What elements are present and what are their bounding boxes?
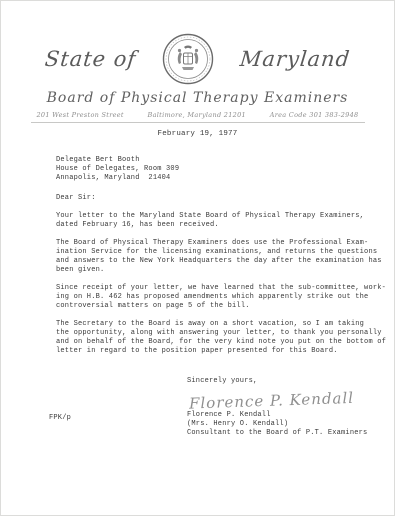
- signer-title: Consultant to the Board of P.T. Examiner…: [187, 429, 394, 438]
- handwritten-signature: Florence P. Kendall: [189, 387, 395, 412]
- letterhead: State of Maryland Boa: [1, 1, 394, 123]
- letterhead-rule: [31, 122, 365, 123]
- address-phone: Area Code 301 383-2948: [270, 111, 359, 119]
- salutation: Dear Sir:: [56, 194, 394, 203]
- maryland-state-seal-icon: [162, 33, 214, 85]
- valediction: Sincerely yours,: [187, 377, 394, 386]
- letterhead-title-row: State of Maryland: [1, 31, 394, 87]
- board-title: Board of Physical Therapy Examiners: [1, 90, 394, 106]
- recipient-address-block: Delegate Bert Booth House of Delegates, …: [56, 156, 394, 183]
- body-paragraph-4: The Secretary to the Board is away on a …: [56, 320, 356, 356]
- body-paragraph-2: The Board of Physical Therapy Examiners …: [56, 239, 356, 275]
- recipient-street-line: House of Delegates, Room 309: [56, 165, 394, 174]
- body-paragraph-3: Since receipt of your letter, we have le…: [56, 284, 356, 311]
- recipient-city-line: Annapolis, Maryland 21404: [56, 174, 394, 183]
- maryland-text: Maryland: [239, 47, 352, 71]
- body-paragraph-1: Your letter to the Maryland State Board …: [56, 212, 356, 230]
- recipient-name-line: Delegate Bert Booth: [56, 156, 394, 165]
- signer-alt-name: (Mrs. Henry O. Kendall): [187, 420, 394, 429]
- address-city: Baltimore, Maryland 21201: [148, 111, 246, 119]
- letter-page: State of Maryland Boa: [0, 0, 395, 516]
- letterhead-address-row: 201 West Preston Street Baltimore, Maryl…: [37, 111, 359, 119]
- state-of-text: State of: [44, 47, 138, 71]
- address-street: 201 West Preston Street: [37, 111, 124, 119]
- closing-block: Sincerely yours, Florence P. Kendall Flo…: [187, 377, 394, 438]
- signer-typed-name: Florence P. Kendall: [187, 411, 394, 420]
- date-line: February 19, 1977: [1, 130, 394, 139]
- reference-initials: FPK/p: [49, 414, 71, 423]
